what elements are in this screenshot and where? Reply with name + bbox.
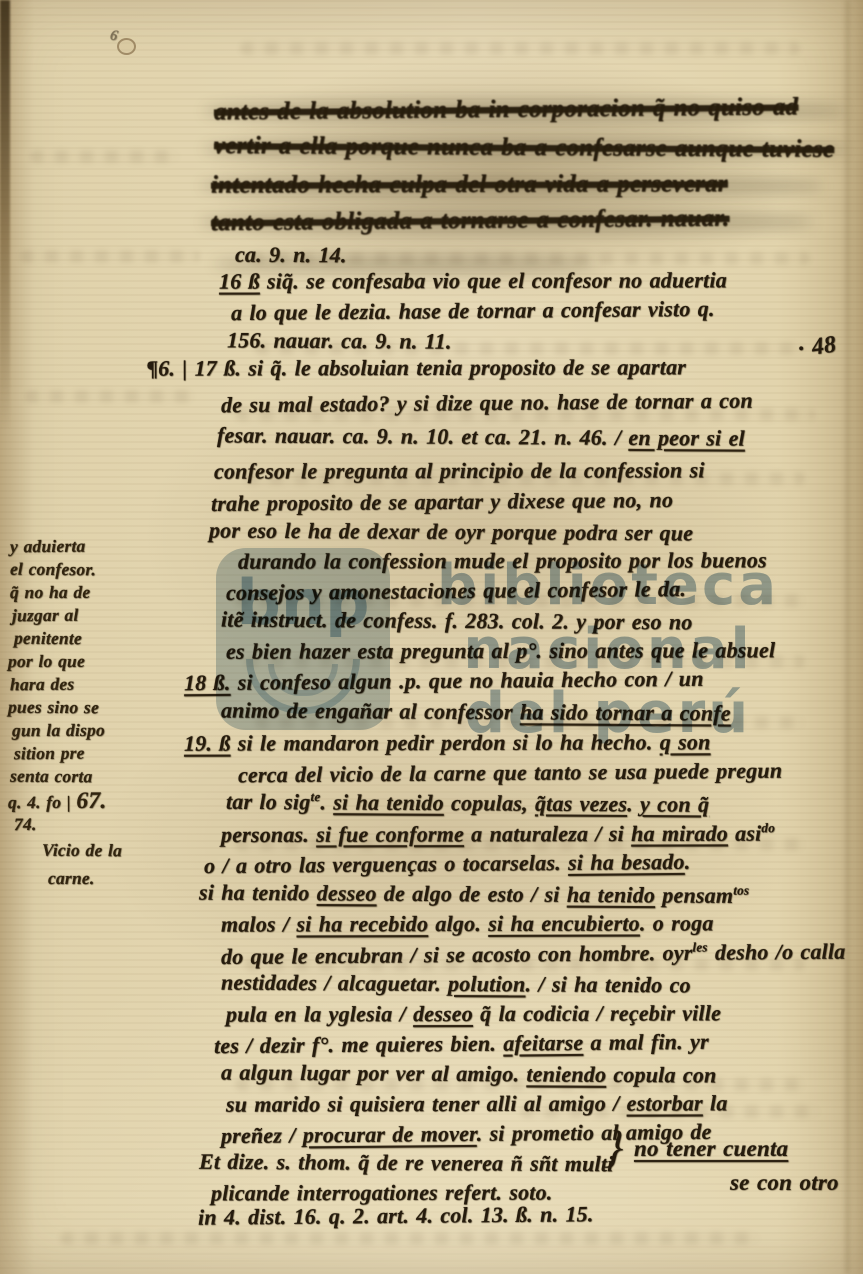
manuscript-text-line: trahe proposito de se apartar y dixese q…	[211, 487, 673, 517]
margin-note-line: penitente	[14, 628, 82, 649]
margin-note-line: sition pre	[14, 743, 85, 765]
manuscript-text-line: nestidades / alcaguetar. polution. / si …	[221, 970, 691, 999]
brace-mark: }	[603, 1119, 625, 1173]
margin-note-line: y aduierta	[10, 536, 86, 558]
manuscript-text-line: o / a otro las verguenças o tocarselas. …	[204, 849, 691, 879]
side-note-con-otro: se con otro	[730, 1170, 839, 1196]
manuscript-text-line: cerca del vicio de la carne que tanto se…	[238, 758, 782, 789]
manuscript-text-line: personas. si fue conforme a naturaleza /…	[221, 820, 775, 848]
bleed-through-strip	[25, 390, 195, 403]
page-edge-shadow	[0, 0, 10, 430]
ink-smear	[205, 136, 845, 162]
manuscript-text-line: es bien hazer esta pregunta al p°. sino …	[226, 637, 775, 664]
manuscript-text-line: pula en la yglesia / desseo q̃ la codici…	[226, 1000, 721, 1027]
ink-smear	[202, 173, 822, 199]
margin-note-line: Vicio de la	[42, 840, 122, 861]
manuscript-page: 6 · 48 antes de la absolution ba in corp…	[0, 0, 863, 1274]
manuscript-text-line: itẽ instruct. de confess. f. 283. col. 2…	[221, 607, 693, 636]
manuscript-text-line: a lo que le dezia. hase de tornar a conf…	[231, 296, 715, 326]
manuscript-text-line: fesar. nauar. ca. 9. n. 10. et ca. 21. n…	[217, 422, 745, 451]
manuscript-text-line: tar lo sigte. si ha tenido copulas, q̃ta…	[226, 789, 709, 818]
manuscript-text-line: Et dize. s. thom. q̃ de re venerea ñ sñt…	[199, 1149, 614, 1178]
ink-smear	[205, 98, 845, 124]
margin-note-line: q̃ no ha de	[10, 582, 90, 603]
margin-note-line: q. 4. fo | 67.	[8, 788, 107, 815]
manuscript-text-line: tes / dezir f°. me quieres bien. afeitar…	[214, 1029, 709, 1059]
margin-note-line: gun la dispo	[12, 720, 105, 741]
manuscript-text-line: animo de engañar al confessor ha sido to…	[221, 697, 731, 726]
margin-note-line: hara des	[10, 674, 75, 696]
page-crease	[845, 0, 850, 1274]
manuscript-text-line: consejos y amonestaciones que el confeso…	[226, 576, 686, 606]
bleed-through-strip	[240, 42, 800, 55]
manuscript-text-line: de su mal estado? y si dize que no. hase…	[221, 388, 753, 419]
manuscript-text-line: a algun lugar por ver al amigo. teniendo…	[221, 1059, 717, 1088]
margin-note-line: por lo que	[8, 651, 85, 672]
manuscript-text-line: malos / si ha recebido algo. si ha encub…	[221, 910, 714, 937]
bleed-through-strip	[30, 150, 180, 163]
manuscript-text-line: 18 ß. si confeso algun .p. que no hauia …	[184, 666, 704, 697]
manuscript-text-line: 19. ß si le mandaron pedir perdon si lo …	[184, 729, 711, 756]
manuscript-text-line: por eso le ha de dexar de oyr porque pod…	[209, 518, 693, 547]
margin-note-line: 74.	[14, 814, 37, 835]
manuscript-text-line: confesor le pregunta al principio de la …	[214, 457, 705, 484]
manuscript-text-line: durando la confession mude el proposito …	[238, 547, 767, 574]
manuscript-text-line: su marido si quisiera tener alli al amig…	[226, 1090, 728, 1117]
manuscript-text-line: 156. nauar. ca. 9. n. 11.	[227, 327, 452, 354]
margin-note-line: el confesor.	[10, 559, 96, 581]
margin-note-line: juzgar al	[12, 605, 79, 627]
ink-smear	[215, 255, 595, 273]
manuscript-text-line: ¶6. | 17 ß. si q̃. le absoluian tenia pr…	[147, 354, 686, 381]
margin-note-line: senta corta	[10, 766, 93, 788]
manuscript-text-line: in 4. dist. 16. q. 2. art. 4. col. 13. ß…	[198, 1201, 594, 1230]
margin-note-line: pues sino se	[8, 697, 99, 719]
bleed-through-strip	[20, 250, 200, 263]
ink-smear	[202, 209, 812, 235]
paper-stain	[117, 38, 136, 55]
manuscript-text-line: do que le encubran / si se acosto con ho…	[221, 938, 846, 970]
bleed-through-strip	[60, 1232, 760, 1245]
side-note-no-tener-cuenta: no tener cuenta	[634, 1136, 788, 1162]
manuscript-text-line: si ha tenido desseo de algo de esto / si…	[199, 879, 749, 909]
margin-note-line: carne.	[48, 868, 94, 889]
